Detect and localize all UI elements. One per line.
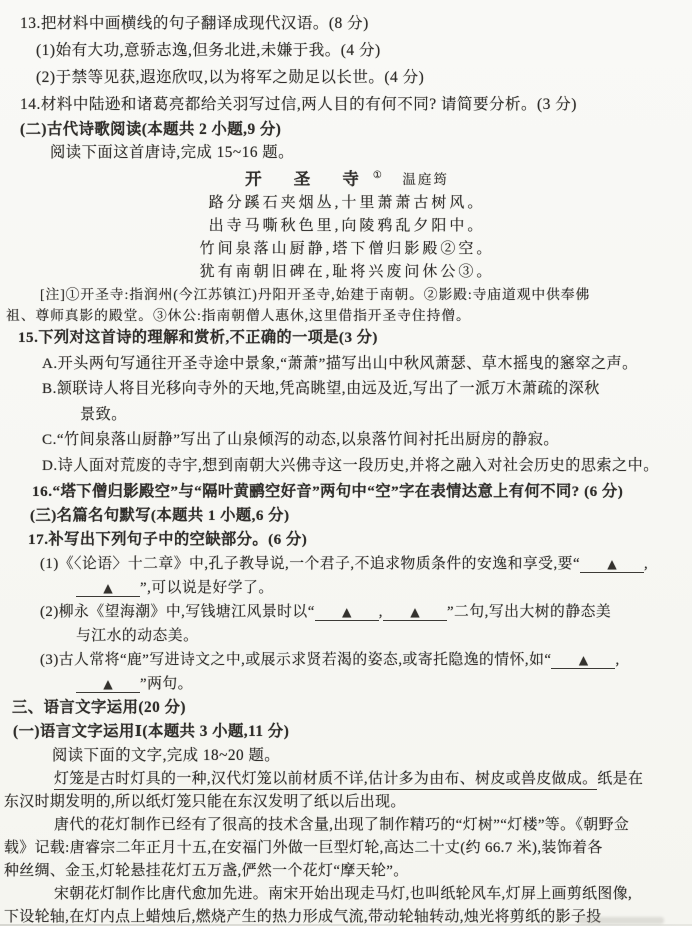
q17-item3-line1: (3)古人常将“鹿”写进诗文之中,或展示求贤若渴的姿态,或寄托隐逸的情怀,如“▲… xyxy=(40,648,674,672)
triangle-marker-icon: ▲ xyxy=(579,653,588,667)
q17-item2-text-end: 与江水的动态美。 xyxy=(76,628,198,644)
q13-item1: (1)始有大功,意骄志逸,但务北进,未嫌于我。(4 分) xyxy=(36,37,674,64)
answer-blank: ▲ xyxy=(383,603,447,621)
q16-stem: 16.“塔下僧归影殿空”与“隔叶黄鹂空好音”两句中“空”字在表情达意上有何不同?… xyxy=(32,479,674,504)
q17-item2-line1: (2)柳永《望海潮》中,写钱塘江风景时以“▲,▲”二句,写出大树的静态美 xyxy=(40,600,674,624)
q17-item1-text-end: ”,可以说是好学了。 xyxy=(140,580,274,596)
q15-option-b-cont: 景致。 xyxy=(80,403,674,429)
dictation-section-heading: (三)名篇名句默写(本题共 1 小题,6 分) xyxy=(30,504,674,528)
poem-author: 温庭筠 xyxy=(402,172,449,187)
lantern-p1-line1: 灯笼是古时灯具的一种,汉代灯笼以前材质不详,估计多为由布、树皮或兽皮做成。纸是在 xyxy=(4,768,674,791)
lantern-passage: 灯笼是古时灯具的一种,汉代灯笼以前材质不详,估计多为由布、树皮或兽皮做成。纸是在… xyxy=(4,768,674,926)
underlined-sentence: 灯笼是古时灯具的一种,汉代灯笼以前材质不详,估计多为由布、树皮或兽皮做成。 xyxy=(54,771,597,790)
q17-item1-line2: ▲”,可以说是好学了。 xyxy=(76,576,674,600)
q13-stem: 13.把材料中画横线的句子翻译成现代汉语。(8 分) xyxy=(20,10,674,37)
poem-title-footnote-marker: ① xyxy=(373,170,382,181)
triangle-marker-icon: ▲ xyxy=(410,605,419,619)
q13-item2: (2)于禁等见获,遐迩欣叹,以为将军之勋足以长世。(4 分) xyxy=(36,64,674,91)
q17-item2-line2: 与江水的动态美。 xyxy=(76,624,674,648)
language-section-heading: 三、语言文字运用(20 分) xyxy=(12,696,674,720)
q17-item3-line2: ▲”两句。 xyxy=(76,672,674,696)
section-poetry-header: (二)古代诗歌阅读(本题共 2 小题,9 分) 阅读下面这首唐诗,完成 15~1… xyxy=(20,118,674,164)
lantern-p1-line2: 东汉时期发明的,所以纸灯笼只能在东汉发明了纸以后出现。 xyxy=(4,791,674,814)
faint-footer-smudge xyxy=(578,917,664,924)
answer-blank: ▲ xyxy=(551,651,615,669)
poem-note-line-1: [注]①开圣寺:指润州(今江苏镇江)丹阳开圣寺,始建于南朝。②影殿:寺庙道观中供… xyxy=(40,284,674,305)
language-intro: 阅读下面的文字,完成 18~20 题。 xyxy=(52,744,674,768)
q15-option-b: B.颔联诗人将目光移向寺外的天地,凭高眺望,由远及近,写出了一派万木萧疏的深秋 xyxy=(42,377,674,403)
poem-block: 开 圣 寺① 温庭筠 路分蹊石夹烟丛,十里萧萧古树风。 出寺马嘶秋色里,向陵鸦乱… xyxy=(20,164,674,284)
poem-title-line: 开 圣 寺① 温庭筠 xyxy=(20,164,674,192)
language-use-section: 三、语言文字运用(20 分) (一)语言文字运用Ⅰ(本题共 3 小题,11 分)… xyxy=(20,696,674,768)
language-section-subheading: (一)语言文字运用Ⅰ(本题共 3 小题,11 分) xyxy=(13,720,674,744)
q17-item3-text: (3)古人常将“鹿”写进诗文之中,或展示求贤若渴的姿态,或寄托隐逸的情怀,如“ xyxy=(40,652,551,668)
lantern-p2-line3: 种丝绸、金玉,灯轮悬挂花灯五万盏,俨然一个花灯“摩天轮”。 xyxy=(4,860,674,883)
lantern-p3-line1: 宋朝花灯制作比唐代愈加先进。南宋开始出现走马灯,也叫纸轮风车,灯屏上画剪纸图像, xyxy=(4,883,674,906)
q17-item2-text-mid: ”二句,写出大树的静态美 xyxy=(447,604,611,620)
q15-option-a: A.开头两句写通往开圣寺途中景象,“萧萧”描写出山中秋风萧瑟、草木摇曳的窸窣之声… xyxy=(42,352,674,378)
answer-blank: ▲ xyxy=(76,579,140,597)
poem-line-2: 出寺马嘶秋色里,向陵鸦乱夕阳中。 xyxy=(20,215,674,238)
poem-line-4: 犹有南朝旧碑在,耻将兴废问休公③。 xyxy=(20,261,674,284)
q15-stem: 15.下列对这首诗的理解和赏析,不正确的一项是(3 分) xyxy=(18,326,674,352)
poem-line-3: 竹间泉落山厨静,塔下僧归影殿②空。 xyxy=(20,238,674,261)
poem-note-line-2: 祖、尊师真影的殿堂。③休公:指南朝僧人惠休,这里借指开圣寺住持僧。 xyxy=(6,305,674,326)
triangle-marker-icon: ▲ xyxy=(607,557,616,571)
q17-item3-text-end: ”两句。 xyxy=(140,676,193,692)
answer-blank: ▲ xyxy=(315,603,379,621)
q17-item2-text: (2)柳永《望海潮》中,写钱塘江风景时以“ xyxy=(40,604,315,620)
lantern-p2-line2: 载》记载:唐睿宗二年正月十五,在安福门外做一巨型灯轮,高达二十丈(约 66.7 … xyxy=(4,837,674,860)
q15-option-d: D.诗人面对荒废的寺宇,想到南朝大兴佛寺这一段历史,并将之融入对社会历史的思索之… xyxy=(42,454,674,480)
poem-title: 开 圣 寺 xyxy=(245,169,373,188)
answer-blank: ▲ xyxy=(76,675,140,693)
q17-item1-text: (1)《〈论语〉十二章》中,孔子教导说,一个君子,不追求物质条件的安逸和享受,要… xyxy=(40,556,580,572)
poem-notes: [注]①开圣寺:指润州(今江苏镇江)丹阳开圣寺,始建于南朝。②影殿:寺庙道观中供… xyxy=(20,284,674,326)
question-17-items: (1)《〈论语〉十二章》中,孔子教导说,一个君子,不追求物质条件的安逸和享受,要… xyxy=(20,552,674,696)
lantern-p1-rest: 纸是在 xyxy=(597,771,643,787)
q17-item3-comma: , xyxy=(615,652,619,668)
triangle-marker-icon: ▲ xyxy=(342,605,351,619)
poem-line-1: 路分蹊石夹烟丛,十里萧萧古树风。 xyxy=(20,192,674,215)
q14-stem: 14.材料中陆逊和诸葛亮都给关羽写过信,两人目的有何不同? 请简要分析。(3 分… xyxy=(20,91,674,118)
poetry-intro: 阅读下面这首唐诗,完成 15~16 题。 xyxy=(50,141,674,164)
q17-stem: 17.补写出下列句子中的空缺部分。(6 分) xyxy=(28,528,674,552)
exam-page: 13.把材料中画横线的句子翻译成现代汉语。(8 分) (1)始有大功,意骄志逸,… xyxy=(0,0,692,926)
section-translation: 13.把材料中画横线的句子翻译成现代汉语。(8 分) (1)始有大功,意骄志逸,… xyxy=(20,10,674,118)
q17-item1-line1: (1)《〈论语〉十二章》中,孔子教导说,一个君子,不追求物质条件的安逸和享受,要… xyxy=(40,552,674,576)
lantern-p2-line1: 唐代的花灯制作已经有了很高的技术含量,出现了制作精巧的“灯树”“灯楼”等。《朝野… xyxy=(4,814,674,837)
q15-option-c: C.“竹间泉落山厨静”写出了山泉倾泻的动态,以泉落竹间衬托出厨房的静寂。 xyxy=(42,428,674,454)
triangle-marker-icon: ▲ xyxy=(103,581,112,595)
triangle-marker-icon: ▲ xyxy=(103,677,112,691)
poetry-section-heading: (二)古代诗歌阅读(本题共 2 小题,9 分) xyxy=(20,118,674,141)
question-15: 15.下列对这首诗的理解和赏析,不正确的一项是(3 分) A.开头两句写通往开圣… xyxy=(18,326,674,479)
q17-item1-comma: , xyxy=(644,556,648,572)
answer-blank: ▲ xyxy=(580,555,644,573)
